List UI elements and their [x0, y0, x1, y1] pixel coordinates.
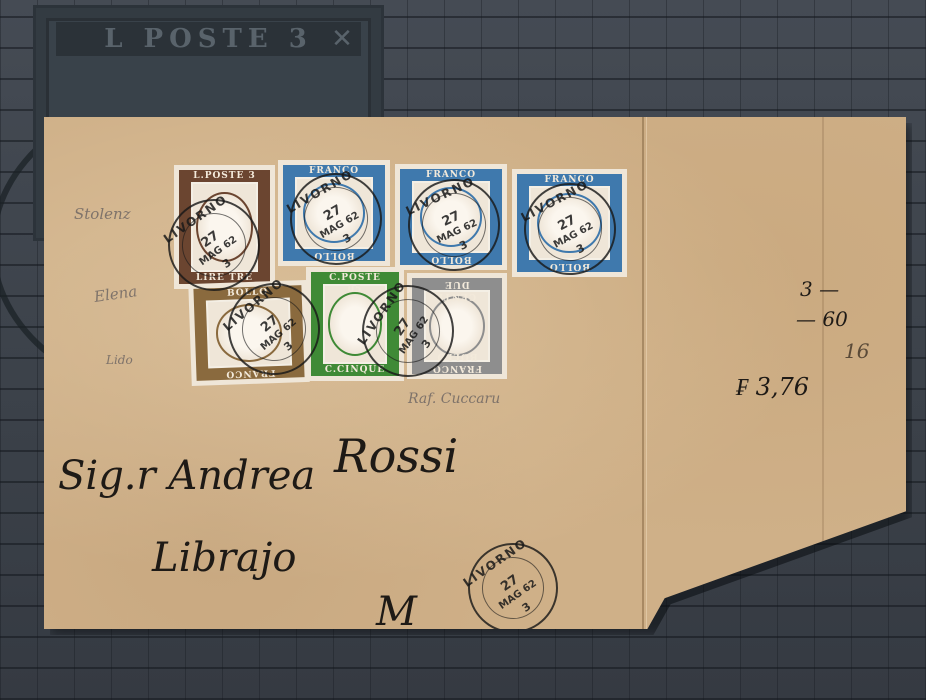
- rate-note-line: 3 —: [800, 277, 839, 301]
- rate-note-line: 16: [844, 339, 869, 363]
- address-occupation: Librajo: [152, 535, 296, 581]
- pencil-note: Raf. Cuccaru: [408, 391, 500, 407]
- address-city-partial: M: [376, 589, 417, 635]
- pencil-note: Elena: [93, 282, 138, 306]
- pencil-note: Stolenz: [74, 205, 131, 223]
- background-stamp-header: L POSTE 3: [56, 22, 361, 56]
- fold-line: [642, 117, 644, 629]
- postal-cover: L.POSTE 3 LIRE TRE FRANCO BOLLO FRANCO B…: [44, 117, 906, 629]
- address-surname: Rossi: [334, 429, 458, 483]
- pencil-note: Lido: [106, 353, 133, 367]
- rate-note-line: — 60: [796, 307, 848, 331]
- cross-ornament-icon: ✕: [325, 22, 359, 56]
- address-addressee-name: Sig.r Andrea: [58, 453, 315, 499]
- rate-note-total: ₣ 3,76: [736, 373, 809, 402]
- fold-line: [822, 117, 824, 629]
- fold-line: [646, 117, 647, 629]
